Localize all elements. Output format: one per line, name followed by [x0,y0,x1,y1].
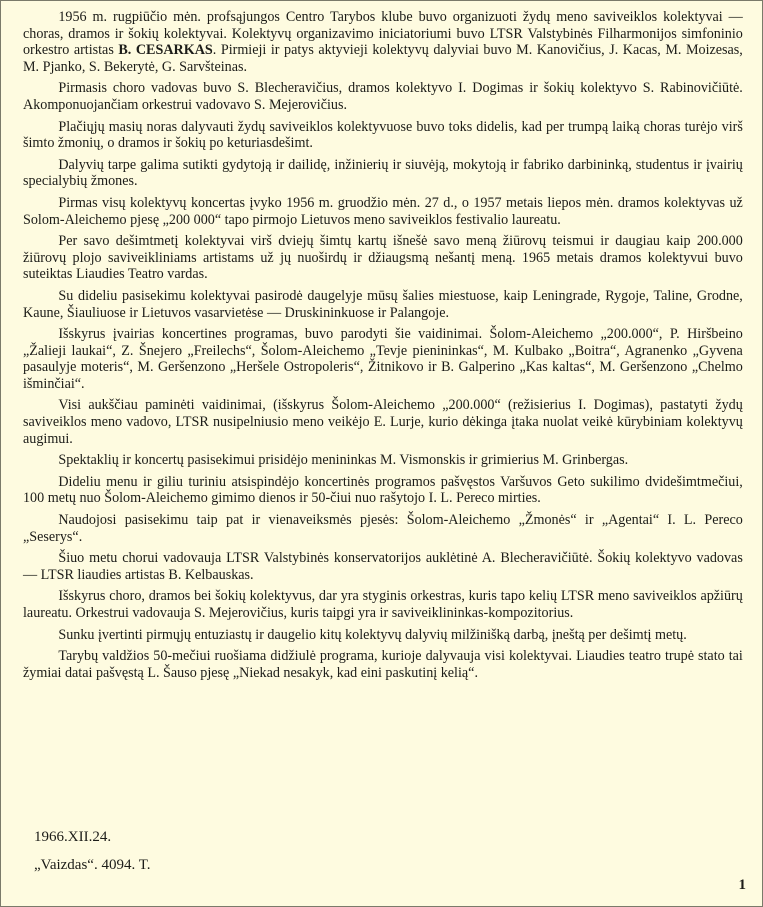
printer-imprint: „Vaizdas“. 4094. T. [34,857,151,874]
document-page: 1956 m. rugpiūčio mėn. profsąjungos Cent… [0,0,763,907]
paragraph-1: 1956 m. rugpiūčio mėn. profsąjungos Cent… [23,9,743,75]
print-date: 1966.XII.24. [34,829,111,846]
paragraph-4: Dalyvių tarpe galima sutikti gydytoją ir… [23,157,743,190]
paragraph-9: Visi aukščiau paminėti vaidinimai, (išsk… [23,397,743,447]
paragraph-8: Išskyrus įvairias koncertines programas,… [23,326,743,392]
paragraph-2: Pirmasis choro vadovas buvo S. Blecherav… [23,80,743,113]
page-number: 1 [739,877,747,894]
article-body: 1956 m. rugpiūčio mėn. profsąjungos Cent… [23,9,743,686]
paragraph-12: Naudojosi pasisekimu taip pat ir vienave… [23,512,743,545]
paragraph-7: Su dideliu pasisekimu kolektyvai pasirod… [23,288,743,321]
paragraph-11: Dideliu menu ir giliu turiniu atsispindė… [23,474,743,507]
paragraph-14: Išskyrus choro, dramos bei šokių kolekty… [23,588,743,621]
paragraph-3: Plačiųjų masių noras dalyvauti žydų savi… [23,119,743,152]
paragraph-6: Per savo dešimtmetį kolektyvai virš dvie… [23,233,743,283]
paragraph-16: Tarybų valdžios 50-mečiui ruošiama didži… [23,648,743,681]
paragraph-5: Pirmas visų kolektyvų koncertas įvyko 19… [23,195,743,228]
paragraph-13: Šiuo metu chorui vadovauja LTSR Valstybi… [23,550,743,583]
paragraph-15: Sunku įvertinti pirmųjų entuziastų ir da… [23,627,743,644]
bold-name: B. CESARKAS [118,41,212,58]
paragraph-10: Spektaklių ir koncertų pasisekimui prisi… [23,452,743,469]
